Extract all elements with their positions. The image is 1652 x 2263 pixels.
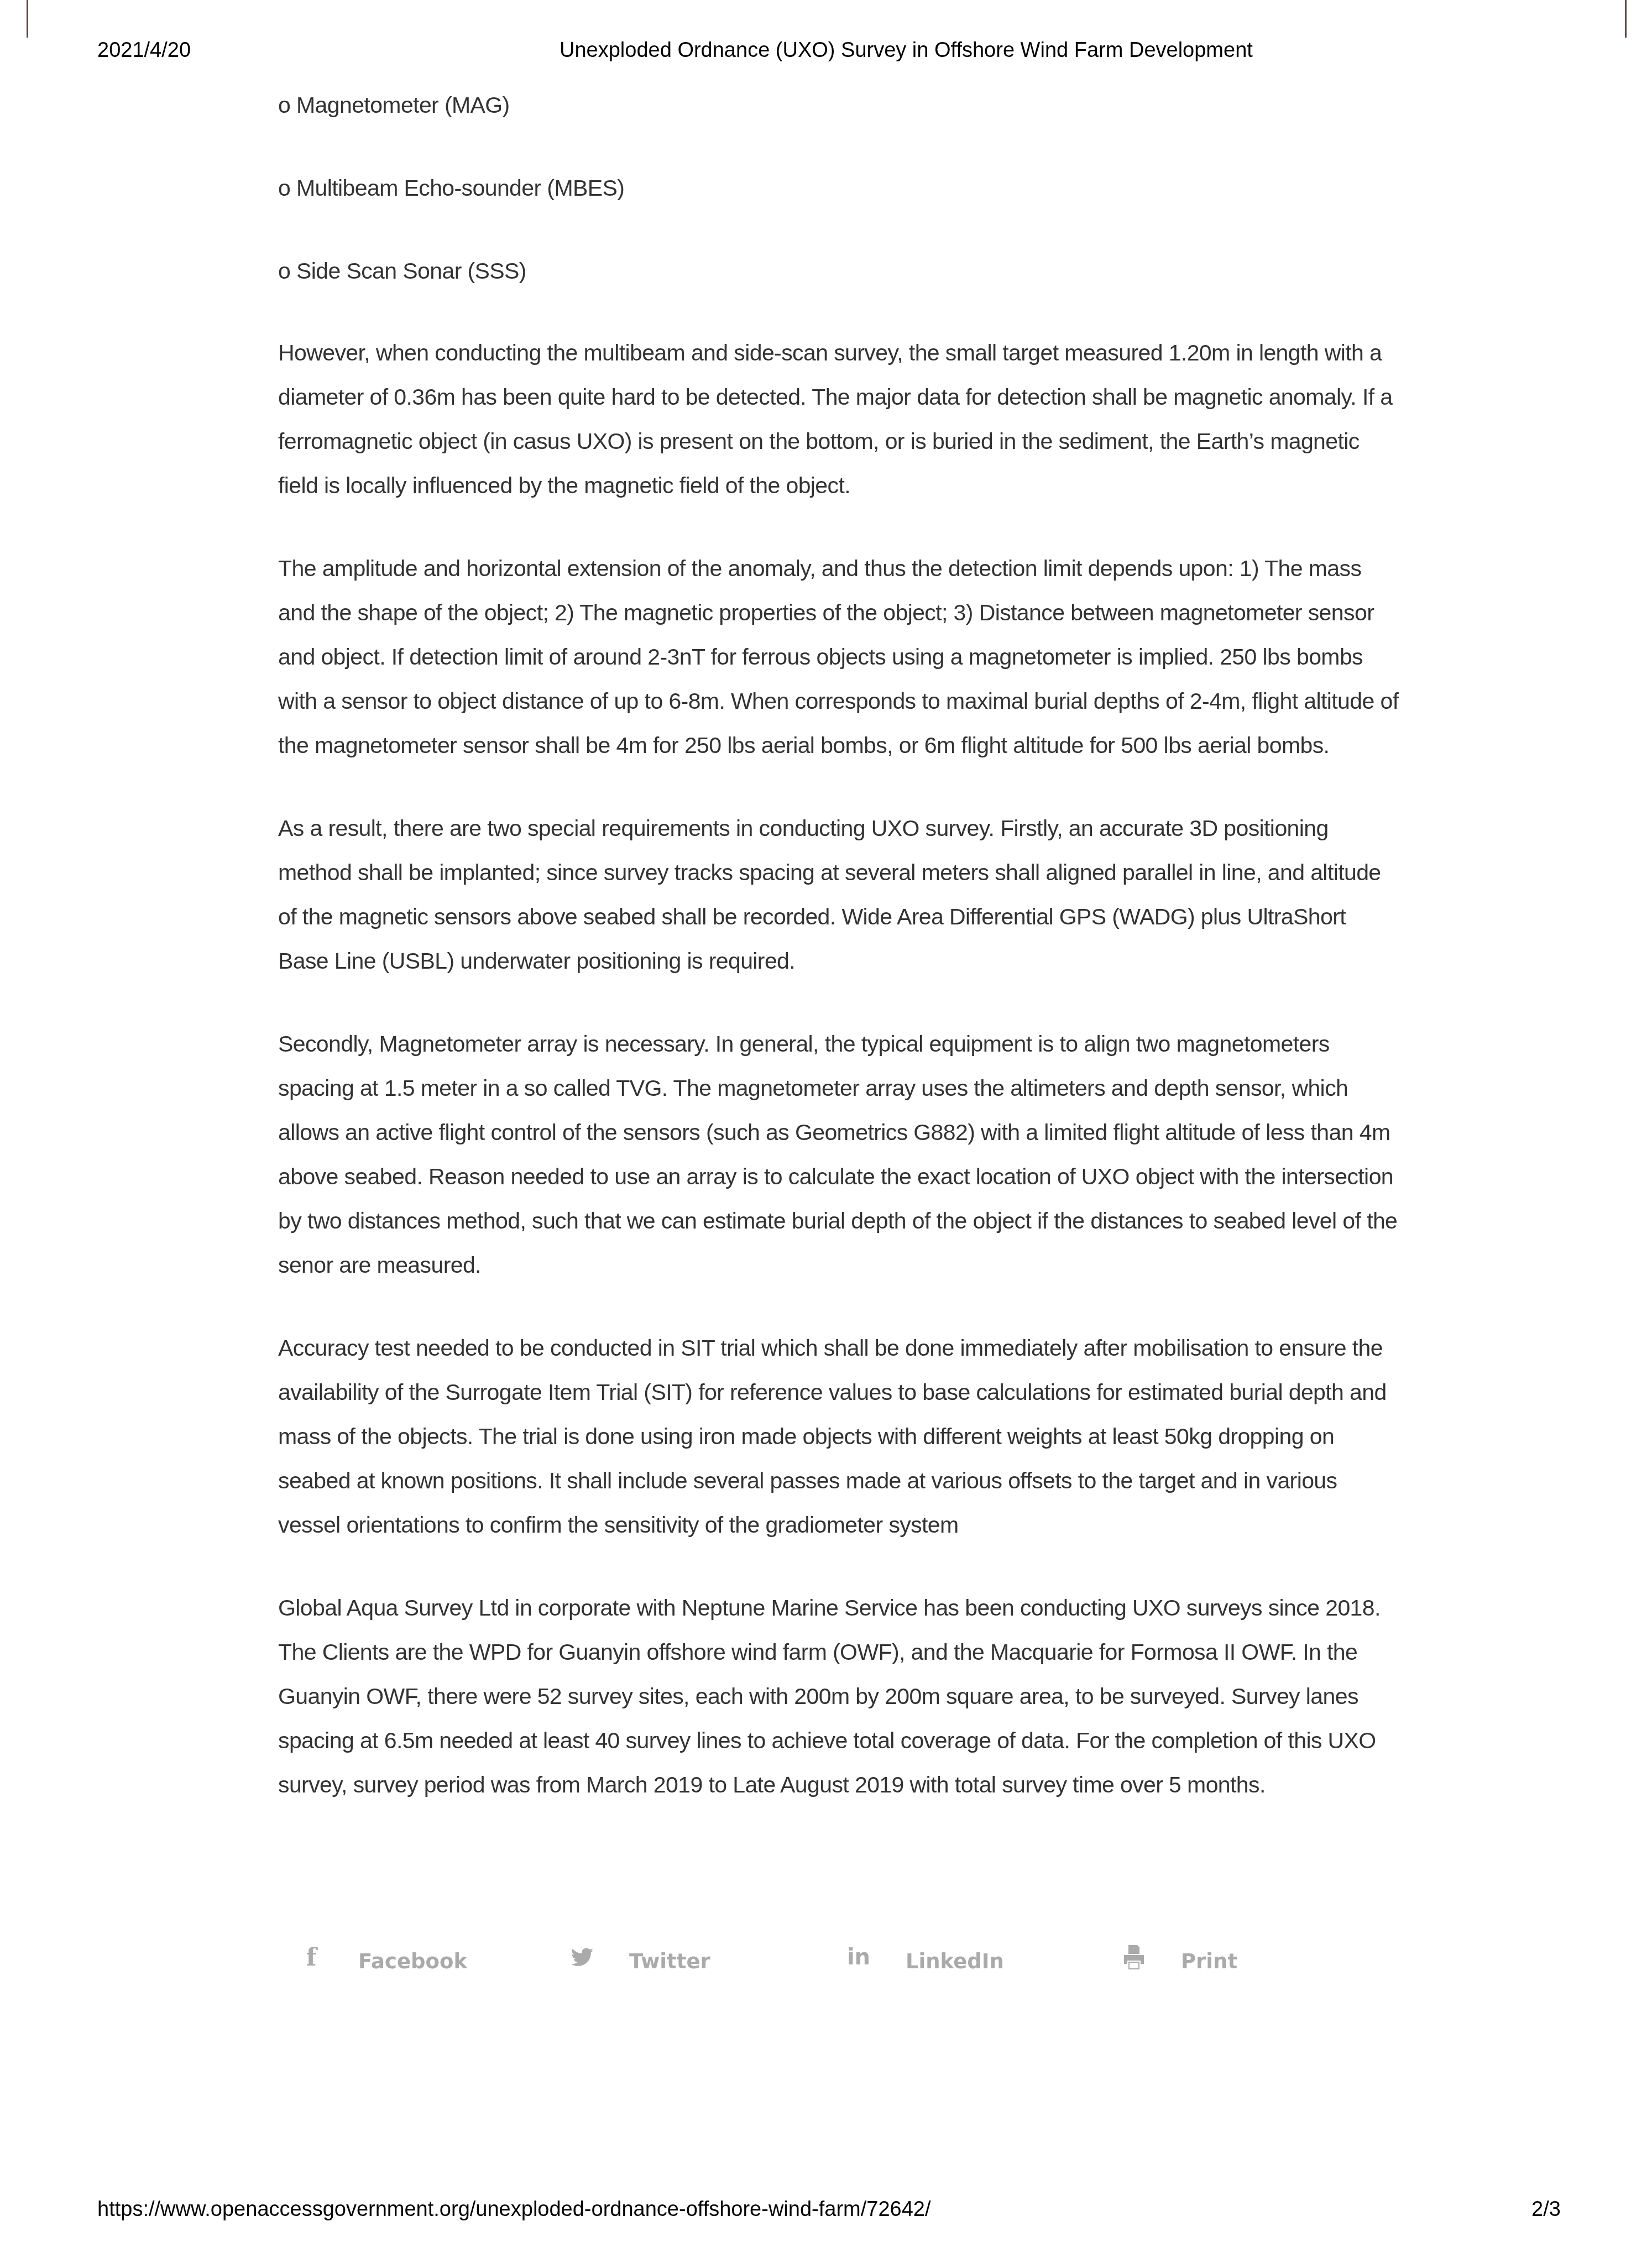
share-label: Print [1181,1950,1237,1973]
share-label: Twitter [629,1950,710,1973]
print-page-number: 2/3 [1531,2198,1561,2222]
facebook-icon: f [300,1943,322,1971]
linkedin-icon: in [848,1943,870,1971]
share-linkedin-button[interactable]: in LinkedIn [848,1938,1004,1977]
share-facebook-button[interactable]: f Facebook [300,1938,467,1977]
paragraph: The amplitude and horizontal extension o… [278,546,1400,767]
print-icon [1123,1943,1145,1971]
twitter-icon [571,1943,593,1971]
list-item: o Side Scan Sonar (SSS) [278,249,1400,293]
share-label: LinkedIn [906,1950,1004,1973]
paragraph: Accuracy test needed to be conducted in … [278,1326,1400,1547]
share-label: Facebook [358,1950,467,1973]
paragraph: As a result, there are two special requi… [278,806,1400,983]
share-bar: f Facebook Twitter in LinkedIn Print [278,1938,1384,1977]
print-date: 2021/4/20 [97,39,191,62]
share-print-button[interactable]: Print [1123,1938,1237,1977]
list-item: o Magnetometer (MAG) [278,83,1400,127]
print-footer-url: https://www.openaccessgovernment.org/une… [97,2198,931,2222]
paragraph: Secondly, Magnetometer array is necessar… [278,1022,1400,1287]
article-body: o Magnetometer (MAG) o Multibeam Echo-so… [278,83,1400,1846]
paragraph: However, when conducting the multibeam a… [278,331,1400,508]
page-edge-left [27,0,28,38]
list-item: o Multibeam Echo-sounder (MBES) [278,166,1400,210]
share-twitter-button[interactable]: Twitter [571,1938,710,1977]
print-page-title: Unexploded Ordnance (UXO) Survey in Offs… [560,39,1253,62]
paragraph: Global Aqua Survey Ltd in corporate with… [278,1586,1400,1807]
page-edge-right [1625,0,1627,38]
